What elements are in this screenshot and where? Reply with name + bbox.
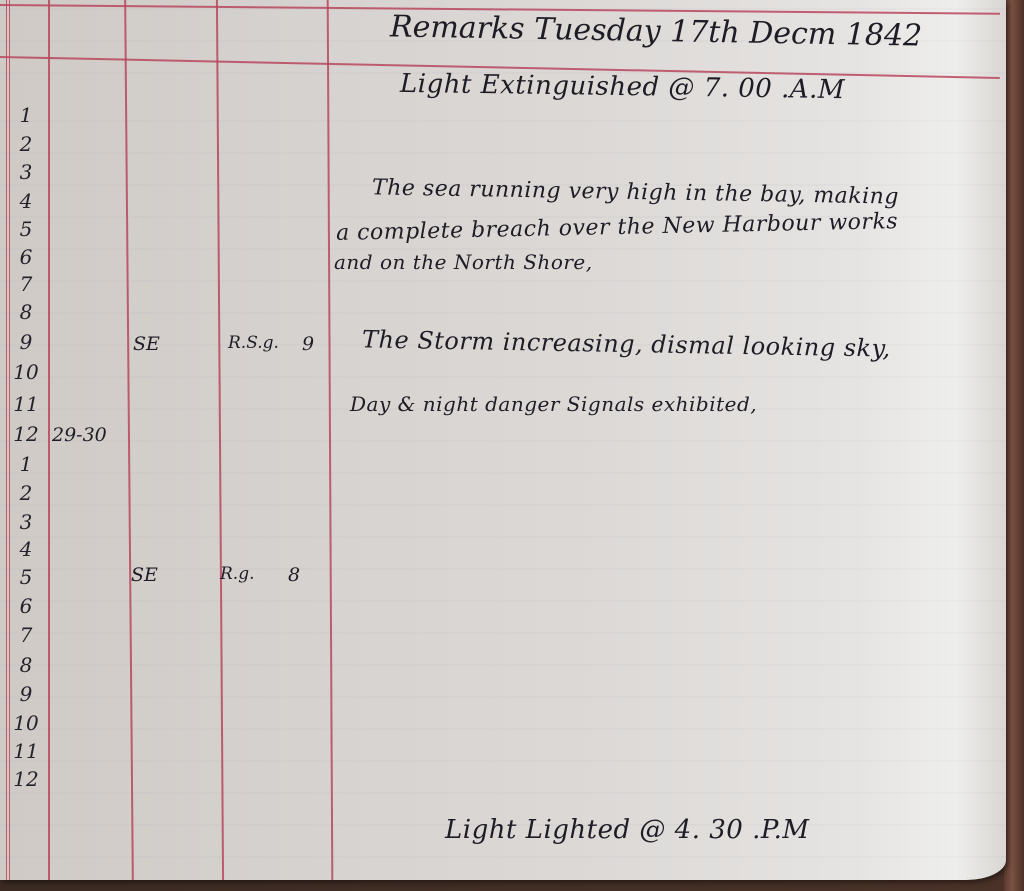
remark-line: Day & night danger Signals exhibited,: [350, 392, 757, 416]
remark-line: and on the North Shore,: [334, 250, 593, 274]
wind-force-5pm: 8: [288, 564, 300, 586]
hour-label: 10: [6, 360, 46, 384]
hour-label: 12: [6, 422, 46, 446]
hour-label: 2: [6, 481, 46, 505]
light-lighted-entry: Light Lighted @ 4. 30 .P.M: [445, 815, 809, 845]
hour-label: 12: [6, 767, 46, 791]
hour-label: 1: [6, 103, 46, 127]
wind-direction-9am: SE: [133, 333, 160, 355]
hour-label: 1: [6, 452, 46, 476]
log-page: Remarks Tuesday 17th Decm 1842 Light Ext…: [0, 0, 1006, 880]
hour-label: 6: [6, 245, 46, 269]
hour-label: 5: [6, 565, 46, 589]
hour-label: 10: [6, 711, 46, 735]
logbook-scan: Remarks Tuesday 17th Decm 1842 Light Ext…: [0, 0, 1024, 891]
hour-label: 4: [6, 189, 46, 213]
hour-label: 3: [6, 510, 46, 534]
book-binding: [1004, 0, 1024, 891]
light-extinguished-entry: Light Extinguished @ 7. 00 .A.M: [400, 69, 845, 105]
hour-label: 2: [6, 132, 46, 156]
hour-label: 9: [6, 682, 46, 706]
column-rule-hour: [48, 0, 50, 880]
wind-direction-5pm: SE: [131, 564, 158, 586]
weather-code-5pm: R.g.: [220, 564, 255, 584]
weather-code-9am: R.S.g.: [228, 333, 279, 353]
hour-label: 7: [6, 272, 46, 296]
hour-label: 6: [6, 594, 46, 618]
page-ruling: [0, 0, 1006, 880]
hour-label: 9: [6, 330, 46, 354]
hour-label: 8: [6, 300, 46, 324]
hour-label: 7: [6, 623, 46, 647]
wind-force-9am: 9: [302, 333, 314, 355]
hour-label: 4: [6, 537, 46, 561]
hour-label: 11: [6, 392, 46, 416]
hour-label: 3: [6, 160, 46, 184]
hour-label: 11: [6, 739, 46, 763]
hour-label: 8: [6, 653, 46, 677]
barometer-noon: 29-30: [52, 424, 107, 446]
hour-label: 5: [6, 217, 46, 241]
